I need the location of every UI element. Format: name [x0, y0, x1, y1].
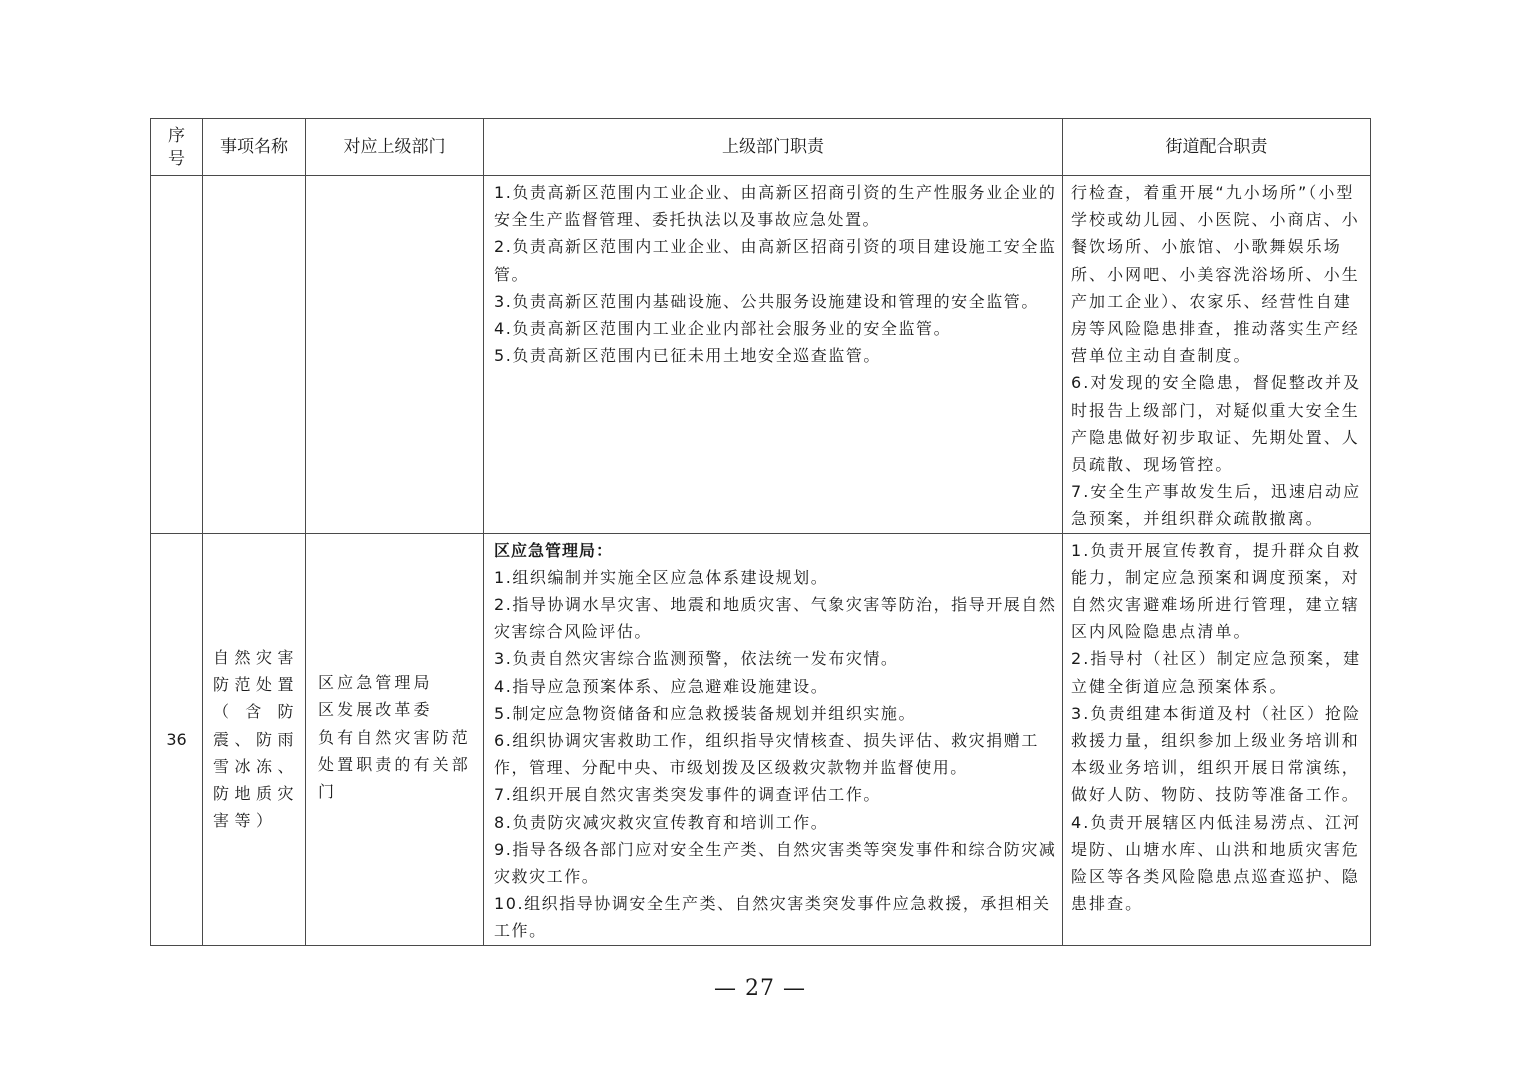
department-name: 区发展改革委: [318, 696, 477, 723]
table-row: 36 自然灾害防范处置（含防震、防雨雪冰冻、防地质灾害等） 区应急管理局 区发展…: [151, 533, 1371, 945]
page-number: — 27 —: [0, 976, 1520, 1001]
upper-department-cell: [306, 176, 484, 534]
duty-item: 4.指导应急预案体系、应急避难设施建设。: [494, 673, 1058, 700]
duty-item: 2.指导协调水旱灾害、地震和地质灾害、气象灾害等防治，指导开展自然灾害综合风险评…: [494, 591, 1058, 645]
duty-item: 9.指导各级各部门应对安全生产类、自然灾害类等突发事件和综合防灾减灾救灾工作。: [494, 836, 1058, 890]
header-serial-line1: 序: [151, 125, 202, 148]
street-duty-item: 7.安全生产事故发生后，迅速启动应急预案，并组织群众疏散撤离。: [1071, 478, 1368, 532]
header-item-name: 事项名称: [203, 119, 306, 176]
responsibility-table-container: 序 号 事项名称 对应上级部门 上级部门职责 街道配合职责 1.负责高新区范围内…: [150, 118, 1370, 946]
item-name-cell: [203, 176, 306, 534]
duty-item: 7.组织开展自然灾害类突发事件的调查评估工作。: [494, 781, 1058, 808]
duty-item: 1.负责高新区范围内工业企业、由高新区招商引资的生产性服务业企业的安全生产监督管…: [494, 179, 1058, 233]
duty-item: 5.制定应急物资储备和应急救援装备规划并组织实施。: [494, 700, 1058, 727]
item-name-cell: 自然灾害防范处置（含防震、防雨雪冰冻、防地质灾害等）: [203, 533, 306, 945]
upper-duty-cell: 区应急管理局： 1.组织编制并实施全区应急体系建设规划。 2.指导协调水旱灾害、…: [484, 533, 1063, 945]
header-serial-number: 序 号: [151, 119, 203, 176]
serial-number-cell: 36: [151, 533, 203, 945]
duty-item: 8.负责防灾减灾救灾宣传教育和培训工作。: [494, 809, 1058, 836]
duty-item: 3.负责自然灾害综合监测预警，依法统一发布灾情。: [494, 645, 1058, 672]
street-duty-item: 行检查，着重开展“九小场所”（小型学校或幼儿园、小医院、小商店、小餐饮场所、小旅…: [1071, 179, 1368, 369]
item-name-text: 自然灾害防范处置（含防震、防雨雪冰冻、防地质灾害等）: [203, 644, 305, 834]
street-duty-item: 1.负责开展宣传教育，提升群众自救能力，制定应急预案和调度预案，对自然灾害避难场…: [1071, 537, 1368, 646]
table-header-row: 序 号 事项名称 对应上级部门 上级部门职责 街道配合职责: [151, 119, 1371, 176]
duty-item: 6.组织协调灾害救助工作，组织指导灾情核查、损失评估、救灾捐赠工作，管理、分配中…: [494, 727, 1058, 781]
duty-item: 4.负责高新区范围内工业企业内部社会服务业的安全监管。: [494, 315, 1058, 342]
department-name: 区应急管理局: [318, 669, 477, 696]
header-street-duty: 街道配合职责: [1063, 119, 1371, 176]
duty-item: 1.组织编制并实施全区应急体系建设规划。: [494, 564, 1058, 591]
street-duty-cell: 1.负责开展宣传教育，提升群众自救能力，制定应急预案和调度预案，对自然灾害避难场…: [1063, 533, 1371, 945]
street-duty-item: 2.指导村（社区）制定应急预案，建立健全街道应急预案体系。: [1071, 645, 1368, 699]
upper-department-cell: 区应急管理局 区发展改革委 负有自然灾害防范处置职责的有关部门: [306, 533, 484, 945]
upper-duty-cell: 1.负责高新区范围内工业企业、由高新区招商引资的生产性服务业企业的安全生产监督管…: [484, 176, 1063, 534]
department-name: 负有自然灾害防范处置职责的有关部门: [318, 724, 477, 806]
header-upper-duty: 上级部门职责: [484, 119, 1063, 176]
header-serial-line2: 号: [151, 148, 202, 171]
header-upper-department: 对应上级部门: [306, 119, 484, 176]
serial-number-cell: [151, 176, 203, 534]
duty-section-heading: 区应急管理局：: [494, 537, 1058, 564]
duty-item: 10.组织指导协调安全生产类、自然灾害类突发事件应急救援，承担相关工作。: [494, 890, 1058, 944]
duty-item: 5.负责高新区范围内已征未用土地安全巡查监管。: [494, 342, 1058, 369]
duty-item: 3.负责高新区范围内基础设施、公共服务设施建设和管理的安全监管。: [494, 288, 1058, 315]
street-duty-cell: 行检查，着重开展“九小场所”（小型学校或幼儿园、小医院、小商店、小餐饮场所、小旅…: [1063, 176, 1371, 534]
street-duty-item: 3.负责组建本街道及村（社区）抢险救援力量，组织参加上级业务培训和本级业务培训，…: [1071, 700, 1368, 809]
responsibility-table: 序 号 事项名称 对应上级部门 上级部门职责 街道配合职责 1.负责高新区范围内…: [150, 118, 1371, 946]
duty-item: 2.负责高新区范围内工业企业、由高新区招商引资的项目建设施工安全监管。: [494, 233, 1058, 287]
street-duty-item: 6.对发现的安全隐患，督促整改并及时报告上级部门，对疑似重大安全生产隐患做好初步…: [1071, 369, 1368, 478]
table-row: 1.负责高新区范围内工业企业、由高新区招商引资的生产性服务业企业的安全生产监督管…: [151, 176, 1371, 534]
street-duty-item: 4.负责开展辖区内低洼易涝点、江河堤防、山塘水库、山洪和地质灾害危险区等各类风险…: [1071, 809, 1368, 918]
